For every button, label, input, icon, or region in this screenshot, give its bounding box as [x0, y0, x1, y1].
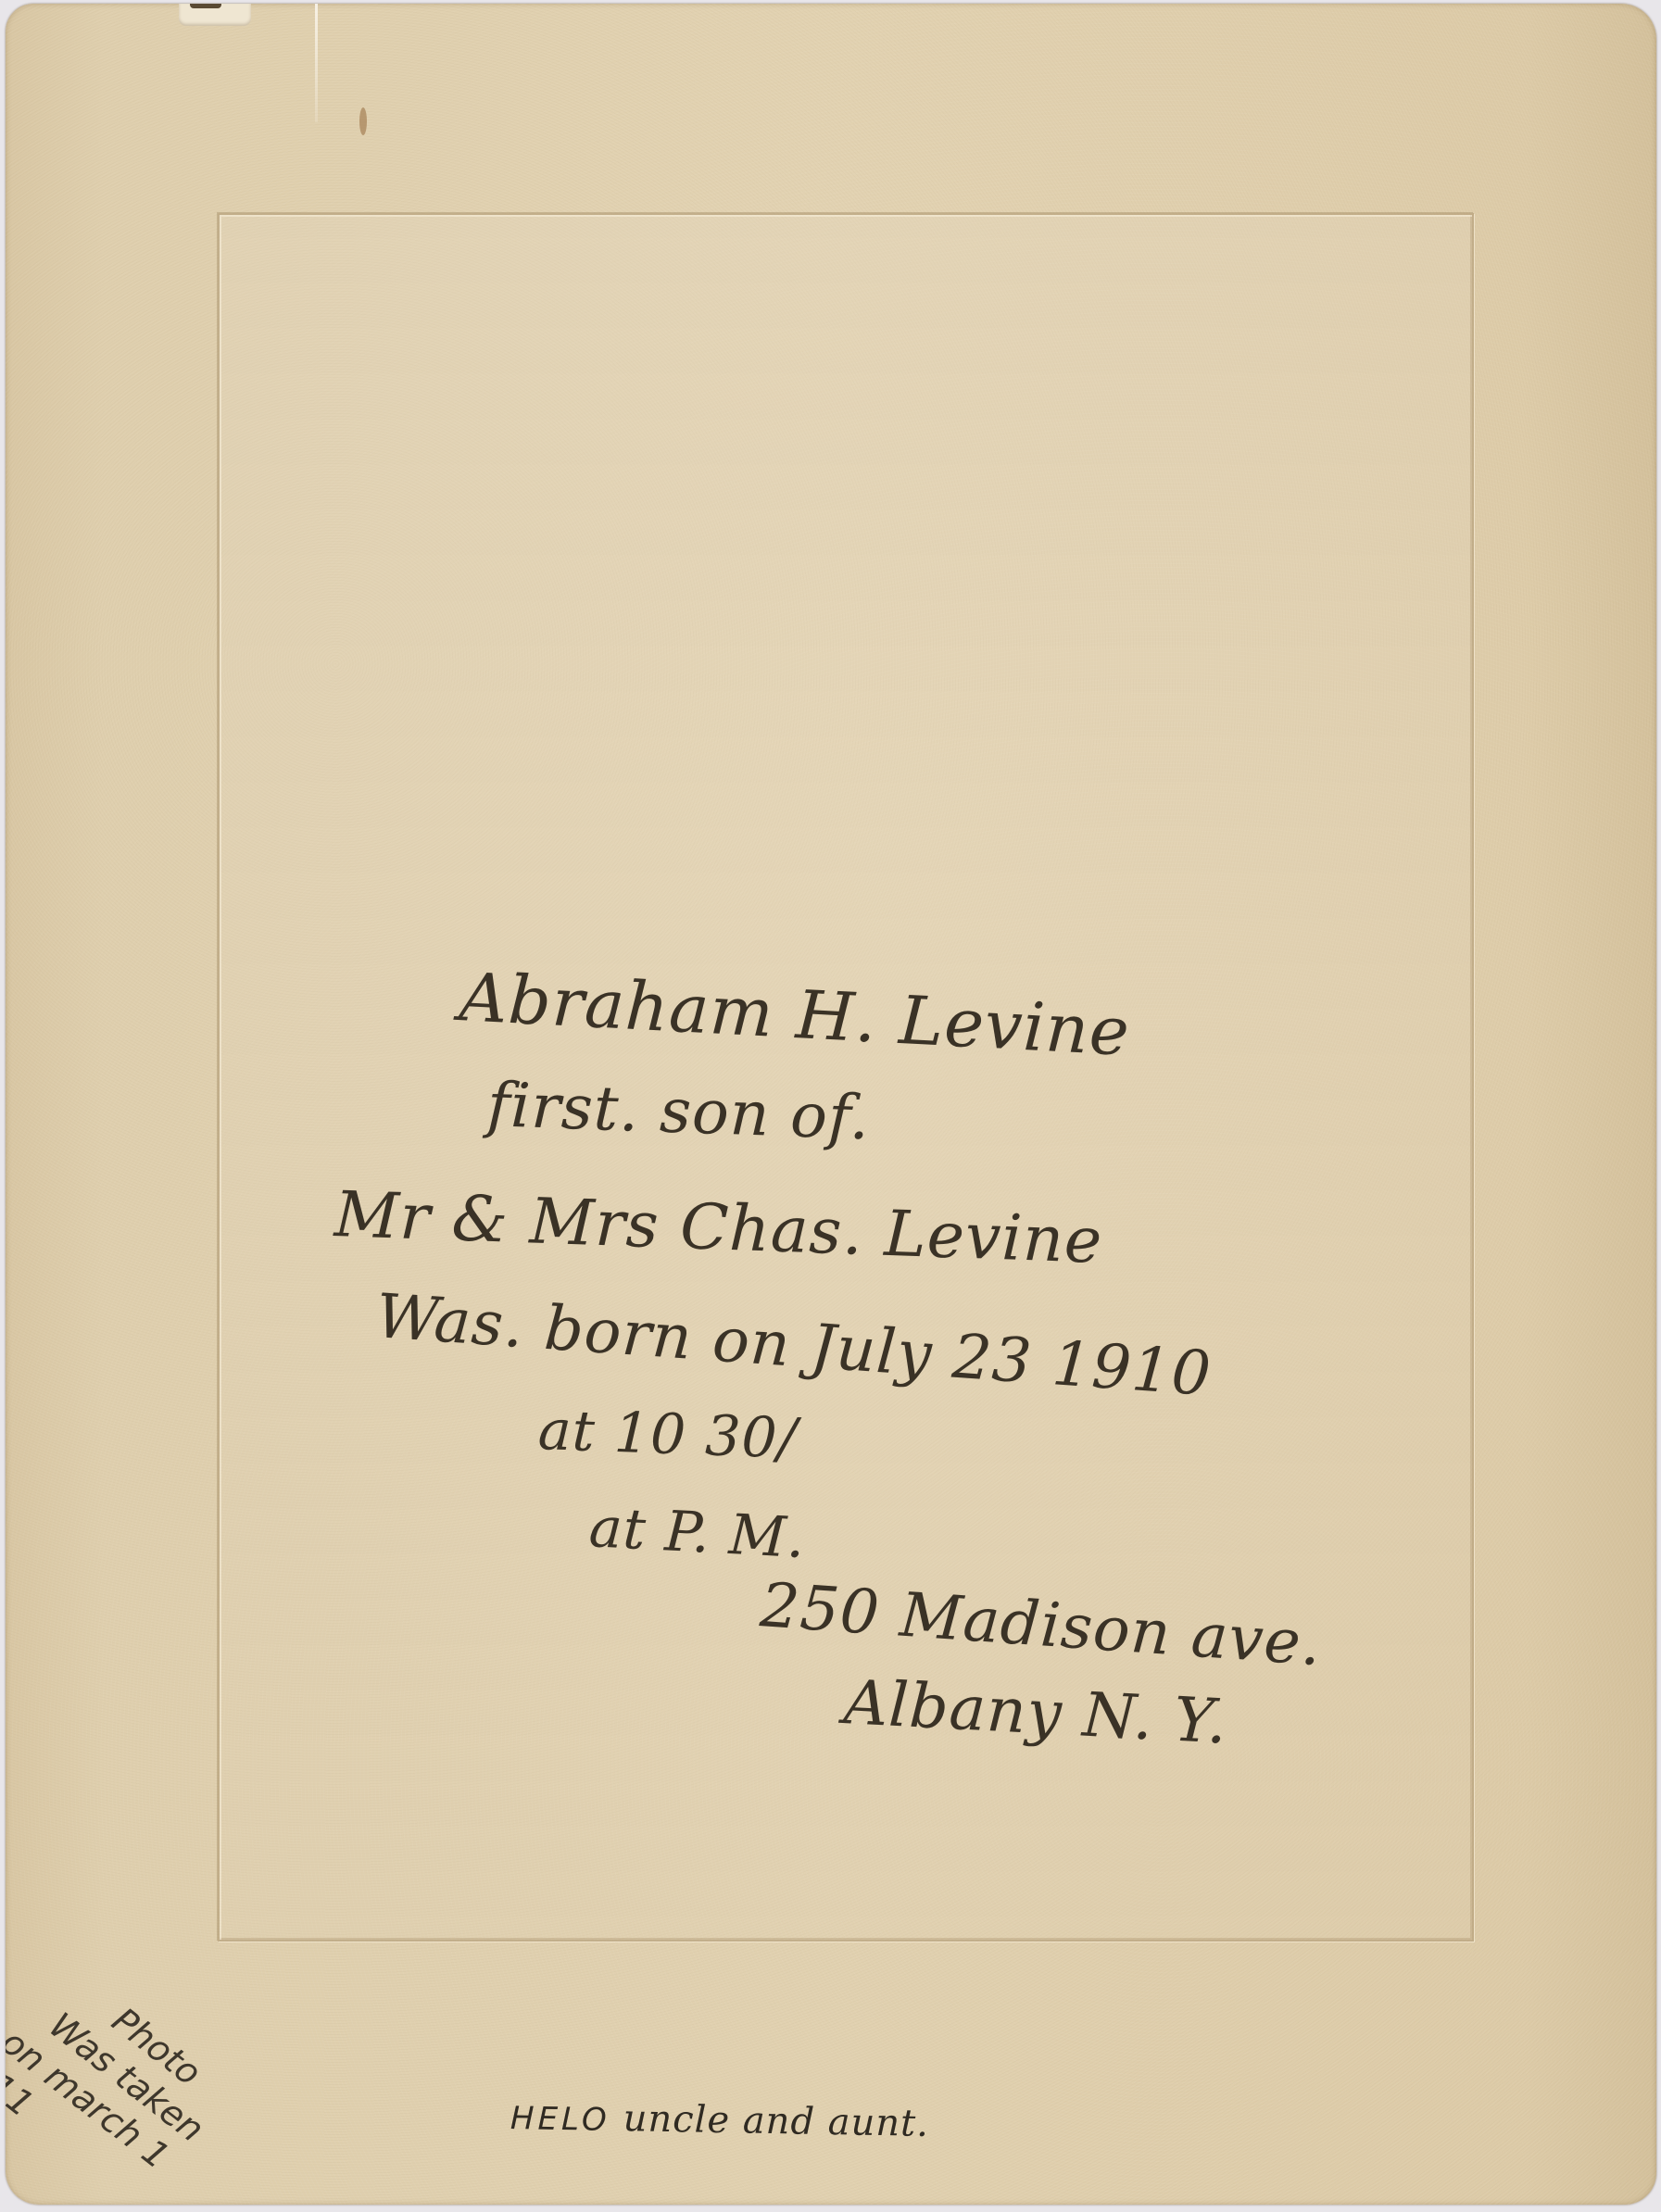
scan-background: Abraham H. Levine first. son of. Mr & Mr…: [0, 0, 1661, 2212]
bottom-greeting-note: HELOuncle and aunt.: [510, 2095, 930, 2145]
torn-top-edge: [179, 4, 251, 26]
cabinet-card: Abraham H. Levine first. son of. Mr & Mr…: [6, 4, 1656, 2205]
inscription-line-son-of: first. son of.: [486, 1069, 872, 1153]
inscription-line-time: at 10 30/: [537, 1398, 799, 1472]
paper-crease: [315, 4, 318, 122]
greeting-caps: HELO: [510, 2100, 610, 2139]
corner-pencil-note: Photo Was taken on march 1 1911: [6, 1930, 238, 2205]
ink-stain: [359, 107, 367, 135]
inscription-line-pm: at P. M.: [587, 1495, 807, 1571]
greeting-rest: uncle and aunt.: [623, 2097, 929, 2145]
